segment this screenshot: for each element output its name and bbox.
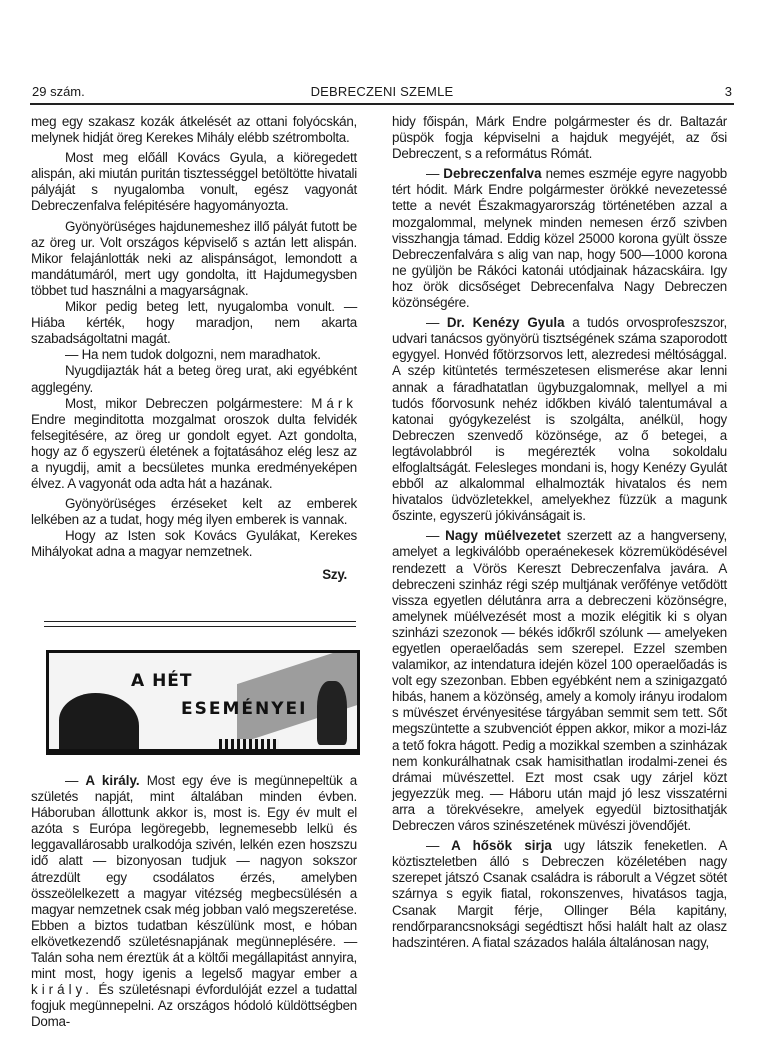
figure-graphic	[317, 681, 347, 745]
dash: —	[426, 315, 447, 330]
paragraph: Gyönyörüséges hajdunemeshez illő pályát …	[31, 219, 357, 299]
grate-graphic	[219, 739, 279, 751]
paragraph: Hogy az Isten sok Kovács Gyulákat, Kerek…	[31, 528, 357, 560]
paragraph: meg egy szakasz kozák átkelését az ottan…	[31, 114, 357, 146]
paragraph: — A király. Most egy éve is megünnepeltü…	[31, 773, 357, 1031]
dash: —	[426, 838, 451, 853]
dash: —	[426, 166, 443, 181]
paragraph: — A hősök sirja ugy látszik feneketlen. …	[392, 838, 727, 951]
text: Endre meginditotta mozgalmat oroszok dul…	[31, 412, 357, 491]
banner-title-line1: A HÉT	[131, 671, 193, 691]
text: ugy látszik feneketlen. A köztiszteletbe…	[392, 838, 727, 950]
page-number: 3	[725, 84, 732, 99]
left-column: meg egy szakasz kozák átkelését az ottan…	[31, 114, 357, 583]
page-header: 29 szám. DEBRECZENI SZEMLE 3	[32, 84, 732, 102]
right-column: hidy főispán, Márk Endre polgármester és…	[392, 114, 727, 955]
author-signature: Szy.	[31, 567, 347, 583]
paragraph: Most, mikor Debreczen polgármestere: Már…	[31, 396, 357, 493]
text: Most egy éve is megünnepeltük a születés…	[31, 773, 357, 981]
header-rule	[30, 103, 734, 105]
article-lead: Nagy müélvezetet	[445, 528, 561, 543]
text: a tudós orvosprofeszszor, udvari tanácso…	[392, 315, 727, 523]
paragraph: Mikor pedig beteg lett, nyugalomba vonul…	[31, 299, 357, 347]
section-divider	[44, 626, 356, 627]
section-divider	[44, 621, 356, 622]
paragraph: Gyönyörüséges érzéseket kelt az emberek …	[31, 496, 357, 528]
newspaper-title: DEBRECZENI SZEMLE	[32, 84, 732, 99]
paragraph: — Ha nem tudok dolgozni, nem maradhatok.	[31, 347, 357, 363]
text: szerzett az a hangverseny, amelyet a leg…	[392, 528, 727, 833]
article-lead: A hősök sirja	[451, 838, 552, 853]
word-spaced: király.	[31, 982, 93, 997]
paragraph: Nyugdijazták hát a beteg öreg urat, aki …	[31, 363, 357, 395]
article-lead: A király.	[85, 773, 139, 788]
paragraph: — Debreczenfalva nemes eszméje egyre nag…	[392, 166, 727, 311]
banner-title-line2: ESEMÉNYEI	[181, 699, 307, 719]
paragraph: hidy főispán, Márk Endre polgármester és…	[392, 114, 727, 162]
dash: —	[65, 773, 85, 788]
text: Most, mikor Debreczen polgármestere:	[65, 396, 303, 411]
rock-graphic	[59, 693, 139, 753]
paragraph: — Dr. Kenézy Gyula a tudós orvosprofeszs…	[392, 315, 727, 524]
text: nemes eszméje egyre nagyobb tért hódit. …	[392, 166, 727, 310]
paragraph: Most meg előáll Kovács Gyula, a kiöreged…	[31, 150, 357, 214]
left-column-lower: — A király. Most egy éve is megünnepeltü…	[31, 773, 357, 1035]
name-spaced: Márk	[311, 396, 357, 411]
dash: —	[426, 528, 445, 543]
section-banner-illustration: A HÉT ESEMÉNYEI	[46, 650, 360, 755]
article-lead: Debreczenfalva	[443, 166, 541, 181]
article-lead: Dr. Kenézy Gyula	[447, 315, 565, 330]
paragraph: — Nagy müélvezetet szerzett az a hangver…	[392, 528, 727, 834]
